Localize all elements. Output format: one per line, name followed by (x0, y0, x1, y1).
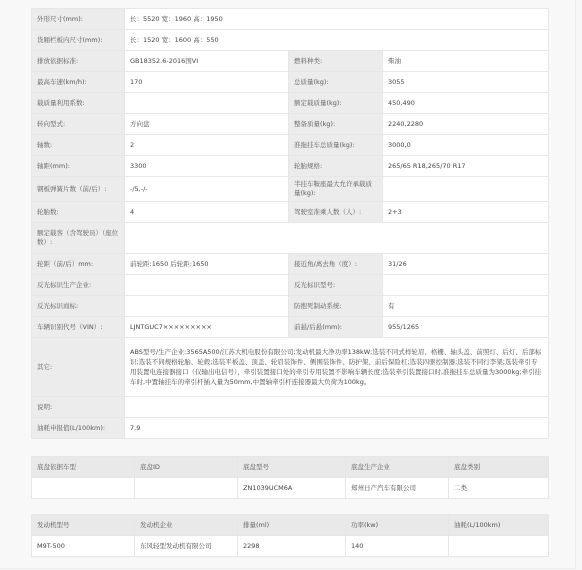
remarks-label: 其它: (32, 338, 125, 397)
column-header: 底盘型号 (238, 457, 346, 478)
table-header-row: 底盘依据车型 底盘ID 底盘型号 底盘生产企业 底盘类别 (32, 457, 549, 478)
notes-value (125, 397, 549, 418)
table-cell: 郑州日产汽车有限公司 (346, 478, 449, 499)
spec-value: 265/65 R18,265/70 R17 (383, 156, 549, 177)
column-header: 功率(kw) (346, 515, 449, 536)
cargo-dimensions-value: 长：1520 宽：1600 高：550 (125, 30, 549, 51)
table-row: 车辆识别代号（VIN）: LJNTGUC7××××××××× 前悬/后悬(mm)… (32, 317, 549, 338)
spec-value: 170 (125, 72, 289, 93)
column-header: 发动机型号 (32, 515, 135, 536)
spec-value: 3000,0 (383, 135, 549, 156)
column-header: 排量(ml) (238, 515, 346, 536)
spec-label: 准拖挂车总质量(kg): (289, 135, 383, 156)
spec-label: 反光标识商标: (32, 296, 125, 317)
spec-label: 载质量利用系数: (32, 93, 125, 114)
table-header-row: 发动机型号 发动机企业 排量(ml) 功率(kw) 油耗(L/100km) (32, 515, 549, 536)
engine-table: 发动机型号 发动机企业 排量(ml) 功率(kw) 油耗(L/100km) M9… (31, 514, 549, 557)
table-row: 轴距(mm): 3300 轮胎规格: 265/65 R18,265/70 R17 (32, 156, 549, 177)
table-cell: M9T-500 (32, 536, 135, 557)
table-cell: 东风轻型发动机有限公司 (135, 536, 238, 557)
table-cell: 140 (346, 536, 449, 557)
spec-label: 防抱死制动系统: (289, 296, 383, 317)
spec-label: 轮距（前/后）mm: (32, 254, 125, 275)
column-header: 底盘ID (135, 457, 238, 478)
spec-label: 反光标识生产企业: (32, 275, 125, 296)
spec-label: 转向型式: (32, 114, 125, 135)
spec-label: 轴数: (32, 135, 125, 156)
spec-value: GB18352.6-2016国VI (125, 51, 289, 72)
table-row: 排放依据标准: GB18352.6-2016国VI 燃料种类: 柴油 (32, 51, 549, 72)
spec-label: 最高车速(km/h): (32, 72, 125, 93)
table-row: 轮距（前/后）mm: 前轮距:1650 后轮距:1650 接近角/离去角（度）:… (32, 254, 549, 275)
spec-label: 轮胎规格: (289, 156, 383, 177)
passenger-capacity-label: 额定载客（含驾驶员）（座位数）: (32, 223, 125, 254)
spec-label: 车辆识别代号（VIN）: (32, 317, 125, 338)
table-row: 轮胎数: 4 驾驶室准乘人数（人）: 2+3 (32, 202, 549, 223)
column-header: 油耗(L/100km) (449, 515, 549, 536)
table-row: 转向型式: 方向盘 整备质量(kg): 2240,2280 (32, 114, 549, 135)
spec-value: -/5,-/- (125, 177, 289, 202)
table-row: M9T-500 东风轻型发动机有限公司 2298 140 (32, 536, 549, 557)
passenger-capacity-value (125, 223, 549, 254)
spec-value: 前轮距:1650 后轮距:1650 (125, 254, 289, 275)
table-row: 货厢栏板内尺寸(mm): 长：1520 宽：1600 高：550 (32, 30, 549, 51)
outer-dimensions-label: 外形尺寸(mm): (32, 9, 125, 30)
spec-value: 方向盘 (125, 114, 289, 135)
table-cell (32, 478, 135, 499)
spec-label: 驾驶室准乘人数（人）: (289, 202, 383, 223)
spec-value (125, 275, 289, 296)
spec-label: 整备质量(kg): (289, 114, 383, 135)
table-row: 反光标识商标: 防抱死制动系统: 有 (32, 296, 549, 317)
vehicle-spec-table: 外形尺寸(mm): 长：5520 宽：1960 高：1950 货厢栏板内尺寸(m… (31, 8, 549, 439)
chassis-table: 底盘依据车型 底盘ID 底盘型号 底盘生产企业 底盘类别 ZN1039UCM6A… (31, 456, 549, 499)
table-row: 载质量利用系数: 额定载质量(kg): 450,490 (32, 93, 549, 114)
column-header: 底盘类别 (449, 457, 549, 478)
spec-value (125, 93, 289, 114)
spec-value (383, 177, 549, 202)
table-row: 最高车速(km/h): 170 总质量(kg): 3055 (32, 72, 549, 93)
spec-value: 有 (383, 296, 549, 317)
column-header: 发动机企业 (135, 515, 238, 536)
spec-label: 轮胎数: (32, 202, 125, 223)
table-cell (135, 478, 238, 499)
table-row: 外形尺寸(mm): 长：5520 宽：1960 高：1950 (32, 9, 549, 30)
spec-value: 955/1265 (383, 317, 549, 338)
table-row: ZN1039UCM6A 郑州日产汽车有限公司 二类 (32, 478, 549, 499)
spec-value: 4 (125, 202, 289, 223)
spec-label: 反光标识型号: (289, 275, 383, 296)
column-header: 底盘依据车型 (32, 457, 135, 478)
spec-label: 钢板弹簧片数（前/后）: (32, 177, 125, 202)
table-cell (449, 536, 549, 557)
spec-label: 轴距(mm): (32, 156, 125, 177)
spec-label: 总质量(kg): (289, 72, 383, 93)
remarks-value: ABS型号/生产企业:3565A500/江苏大机电股份有限公司;发动机最大净功率… (125, 338, 549, 397)
fuel-consumption-value: 7.9 (125, 418, 549, 439)
spec-value: 3300 (125, 156, 289, 177)
table-row: 油耗申报值(L/100km): 7.9 (32, 418, 549, 439)
column-header: 底盘生产企业 (346, 457, 449, 478)
table-cell: 二类 (449, 478, 549, 499)
cargo-dimensions-label: 货厢栏板内尺寸(mm): (32, 30, 125, 51)
spec-value: 3055 (383, 72, 549, 93)
spec-value: 450,490 (383, 93, 549, 114)
table-cell: ZN1039UCM6A (238, 478, 346, 499)
table-row: 其它: ABS型号/生产企业:3565A500/江苏大机电股份有限公司;发动机最… (32, 338, 549, 397)
spec-label: 半挂车鞍座最大允许承载质量(kg): (289, 177, 383, 202)
table-row: 反光标识生产企业: 反光标识型号: (32, 275, 549, 296)
spec-label: 额定载质量(kg): (289, 93, 383, 114)
table-row: 轴数: 2 准拖挂车总质量(kg): 3000,0 (32, 135, 549, 156)
spec-label: 燃料种类: (289, 51, 383, 72)
outer-dimensions-value: 长：5520 宽：1960 高：1950 (125, 9, 549, 30)
spec-label: 前悬/后悬(mm): (289, 317, 383, 338)
table-row: 说明: (32, 397, 549, 418)
spec-label: 接近角/离去角（度）: (289, 254, 383, 275)
table-row: 钢板弹簧片数（前/后）: -/5,-/- 半挂车鞍座最大允许承载质量(kg): (32, 177, 549, 202)
table-cell: 2298 (238, 536, 346, 557)
spec-value: 2+3 (383, 202, 549, 223)
spec-value: 31/26 (383, 254, 549, 275)
spec-value: 2240,2280 (383, 114, 549, 135)
spec-value: 2 (125, 135, 289, 156)
spec-value (383, 275, 549, 296)
fuel-consumption-label: 油耗申报值(L/100km): (32, 418, 125, 439)
spec-label: 排放依据标准: (32, 51, 125, 72)
spec-value: 柴油 (383, 51, 549, 72)
notes-label: 说明: (32, 397, 125, 418)
spec-value: LJNTGUC7××××××××× (125, 317, 289, 338)
table-row: 额定载客（含驾驶员）（座位数）: (32, 223, 549, 254)
spec-value (125, 296, 289, 317)
